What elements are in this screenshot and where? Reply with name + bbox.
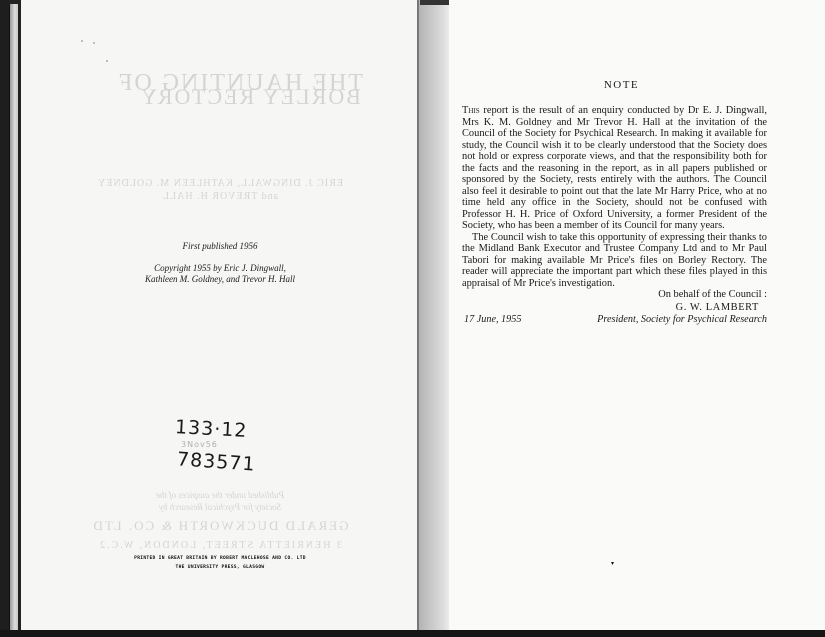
handwritten-classmark: 133·12 [174, 416, 248, 442]
show-through-sponsor-1: Published under the auspices of the [21, 490, 419, 500]
paper-speck [93, 42, 95, 44]
note-section: NOTE This report is the result of an enq… [462, 79, 767, 326]
copyright-line-2: Kathleen M. Goldney, and Trevor H. Hall [21, 274, 419, 284]
show-through-authors-1: ERIC J. DINGWALL, KATHLEEN M. GOLDNEY [21, 178, 419, 189]
paper-speck [81, 40, 83, 42]
note-heading: NOTE [476, 79, 767, 91]
scanner-bottom-edge [0, 630, 825, 637]
handwritten-accession-number: 783571 [176, 448, 256, 475]
book-cover-edge [9, 4, 20, 630]
show-through-authors-2: and TREVOR H. HALL [21, 191, 419, 202]
book-spread-scan: THE HAUNTING OF BORLEY RECTORY ERIC J. D… [0, 0, 825, 637]
first-published-line: First published 1956 [21, 241, 419, 251]
printer-line-2: The University Press, Glasgow [21, 565, 419, 570]
signature-mark-icon: ▾ [611, 560, 614, 567]
signatory-title: President, Society for Psychical Researc… [577, 314, 767, 326]
show-through-sponsor-2: Society for Psychical Research by [21, 502, 419, 512]
on-behalf-line: On behalf of the Council : [462, 289, 767, 301]
gutter-fold-line [417, 0, 419, 632]
note-paragraph-2: The Council wish to take this opportunit… [462, 232, 767, 290]
book-gutter [419, 0, 449, 632]
paper-speck [106, 60, 108, 62]
note-date: 17 June, 1955 [462, 314, 521, 326]
printer-line-1: Printed in Great Britain by Robert MacLe… [21, 556, 419, 561]
right-page: NOTE This report is the result of an enq… [449, 0, 825, 630]
paragraph-lead-word: This [462, 105, 480, 116]
paragraph-1-body: report is the result of an enquiry condu… [462, 105, 767, 231]
note-paragraph-1: This report is the result of an enquiry … [462, 105, 767, 232]
signature-row: 17 June, 1955 President, Society for Psy… [462, 314, 767, 326]
left-page: THE HAUNTING OF BORLEY RECTORY ERIC J. D… [21, 0, 419, 630]
show-through-publisher: GERALD DUCKWORTH & CO. LTD [21, 518, 419, 534]
scanner-edge [0, 0, 9, 637]
copyright-line-1: Copyright 1955 by Eric J. Dingwall, [21, 263, 419, 273]
show-through-address: 3 HENRIETTA STREET, LONDON, W.C.2 [21, 540, 419, 551]
show-through-title-2: BORLEY RECTORY [51, 84, 449, 110]
signatory-name: G. W. LAMBERT [462, 301, 767, 314]
date-stamp: 3Nov56 [181, 440, 218, 449]
